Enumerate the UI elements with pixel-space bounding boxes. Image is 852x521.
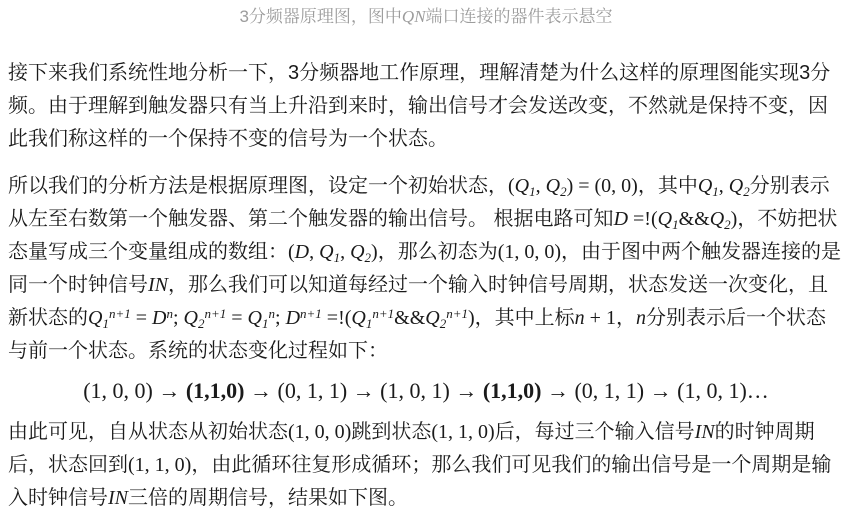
math-segment: , bbox=[340, 241, 350, 263]
math-segment: =!( bbox=[628, 208, 658, 230]
paragraph-conclusion: 由此可见，自从状态从初始状态(1, 0, 0)跳到状态(1, 1, 0)后，每过… bbox=[8, 416, 844, 515]
paragraph-analysis: 所以我们的分析方法是根据原理图，设定一个初始状态，(Q1, Q2) = (0, … bbox=[8, 170, 844, 368]
math-segment: IN bbox=[695, 421, 715, 443]
math-segment: Q bbox=[88, 307, 102, 329]
math-segment: Q bbox=[658, 208, 672, 230]
math-segment: QN bbox=[402, 7, 426, 26]
math-segment: ( bbox=[508, 175, 515, 197]
math-segment: n+1 bbox=[204, 306, 226, 321]
math-segment: (1, 0, 0) → bbox=[83, 378, 186, 403]
math-segment: (1,1,0) bbox=[186, 378, 245, 403]
math-segment: → (0, 1, 1) → (1, 0, 1) → bbox=[245, 378, 483, 403]
math-segment: IN bbox=[148, 274, 168, 296]
math-segment: ) = (0, 0) bbox=[567, 175, 638, 197]
math-segment: (1, 1, 0) bbox=[431, 421, 494, 443]
text-segment: 3分频器原理图，图中 bbox=[239, 7, 401, 26]
math-segment: D bbox=[295, 241, 309, 263]
math-segment: Q bbox=[425, 307, 439, 329]
math-segment: (1,1,0) bbox=[483, 378, 542, 403]
math-segment: =!( bbox=[322, 307, 352, 329]
text-segment: 所以我们的分析方法是根据原理图，设定一个初始状态， bbox=[8, 175, 508, 197]
text-segment: ，其中 bbox=[638, 175, 698, 197]
math-segment: → (0, 1, 1) → (1, 0, 1)… bbox=[541, 378, 768, 403]
text-segment: 端口连接的器件表示悬空 bbox=[426, 7, 613, 26]
math-segment: n bbox=[636, 307, 646, 329]
math-segment: ) bbox=[468, 307, 475, 329]
math-segment: IN bbox=[108, 487, 128, 509]
math-segment: Q bbox=[515, 175, 529, 197]
paragraph-intro: 接下来我们系统性地分析一下，3分频器地工作原理，理解清楚为什么这样的原理图能实现… bbox=[8, 57, 844, 156]
math-segment: n+1 bbox=[300, 306, 322, 321]
text-segment: ，那么初态为 bbox=[378, 241, 498, 263]
math-segment: ; bbox=[275, 307, 286, 329]
math-segment: n+1 bbox=[446, 306, 468, 321]
state-sequence-equation: (1, 0, 0) → (1,1,0) → (0, 1, 1) → (1, 0,… bbox=[8, 376, 844, 406]
math-segment: n bbox=[575, 307, 585, 329]
math-segment: n+1 bbox=[372, 306, 394, 321]
math-segment: ) bbox=[371, 241, 378, 263]
math-segment: Q bbox=[319, 241, 333, 263]
math-segment: , bbox=[536, 175, 546, 197]
math-segment: = bbox=[226, 307, 247, 329]
math-segment: && bbox=[394, 307, 425, 329]
math-segment: Q bbox=[248, 307, 262, 329]
text-segment: ，其中上标 bbox=[475, 307, 575, 329]
math-segment: Q bbox=[351, 307, 365, 329]
text-segment: 由此可见，自从状态从初始状态 bbox=[8, 421, 288, 443]
text-segment: 接下来我们系统性地分析一下，3分频器地工作原理，理解清楚为什么这样的原理图能实现… bbox=[8, 62, 830, 150]
math-segment: Q bbox=[710, 208, 724, 230]
math-segment: Q bbox=[546, 175, 560, 197]
math-segment: D bbox=[614, 208, 628, 230]
math-segment: && bbox=[679, 208, 710, 230]
figure-caption: 3分频器原理图，图中QN端口连接的器件表示悬空 bbox=[8, 5, 844, 29]
math-segment: , bbox=[719, 175, 729, 197]
math-segment: Q bbox=[698, 175, 712, 197]
math-segment: n+1 bbox=[109, 306, 131, 321]
math-segment: ( bbox=[288, 241, 295, 263]
math-segment: D bbox=[286, 307, 300, 329]
text-segment: 跳到状态 bbox=[351, 421, 431, 443]
text-segment: 三倍的周期信号，结果如下图。 bbox=[128, 487, 408, 509]
math-segment: Q bbox=[184, 307, 198, 329]
math-segment: (1, 0, 0) bbox=[288, 421, 351, 443]
math-segment: = bbox=[131, 307, 152, 329]
math-segment: Q bbox=[350, 241, 364, 263]
math-segment: + 1 bbox=[585, 307, 616, 329]
math-segment: (1, 0, 0) bbox=[498, 241, 561, 263]
text-segment: ， bbox=[616, 307, 636, 329]
math-segment: Q bbox=[729, 175, 743, 197]
math-segment: , bbox=[309, 241, 319, 263]
text-segment: 后，每过三个输入信号 bbox=[495, 421, 695, 443]
math-segment: (1, 1, 0) bbox=[128, 454, 191, 476]
article-page: 3分频器原理图，图中QN端口连接的器件表示悬空 接下来我们系统性地分析一下，3分… bbox=[0, 0, 852, 515]
math-segment: ; bbox=[173, 307, 184, 329]
math-segment: D bbox=[152, 307, 166, 329]
